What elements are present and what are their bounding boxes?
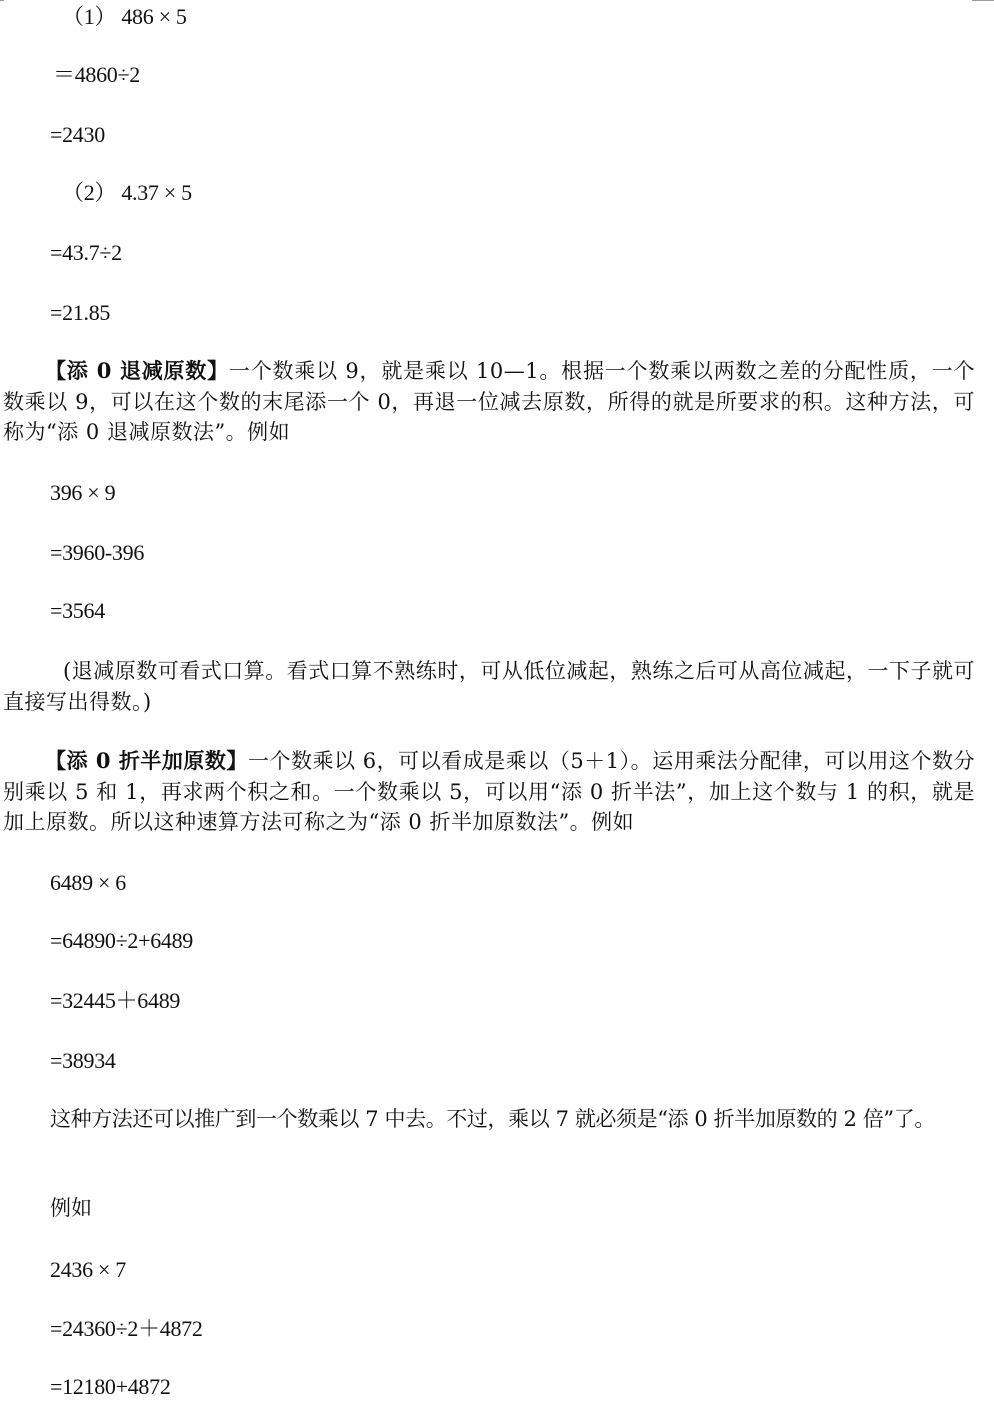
example-396-step1: =3960-396 (50, 538, 144, 568)
extension-paragraph: 这种方法还可以推广到一个数乘以 7 中去。不过，乘以 7 就必须是“添 0 折半… (3, 1104, 975, 1135)
example-label: 例如 (50, 1193, 92, 1223)
crop-mark-top-left (0, 0, 4, 1)
add-zero-halve-add-paragraph: 【添 0 折半加原数】一个数乘以 6，可以看成是乘以（5＋1）。运用乘法分配律，… (3, 746, 975, 838)
example-1-formula: 486 × 5 (121, 4, 186, 29)
example-6489-expression: 6489 × 6 (50, 868, 126, 898)
example-6489-step2: =32445＋6489 (50, 986, 180, 1016)
example-1-result: =2430 (50, 120, 105, 150)
example-2436-step2: =12180+4872 (50, 1372, 171, 1402)
crop-mark-top-right (972, 0, 994, 1)
example-396-expression: 396 × 9 (50, 478, 115, 508)
example-2436-step1: =24360÷2＋4872 (50, 1314, 203, 1344)
example-1-step1: ＝4860÷2 (53, 60, 140, 90)
example-2-expression: （2） 4.37 × 5 (62, 178, 192, 208)
add-zero-subtract-term: 【添 0 退减原数】 (45, 358, 229, 383)
example-2-formula: 4.37 × 5 (121, 180, 192, 205)
example-6489-result: =38934 (50, 1046, 116, 1076)
example-6489-step1: =64890÷2+6489 (50, 926, 193, 956)
example-2-label: （2） (62, 180, 116, 205)
add-zero-subtract-paragraph: 【添 0 退减原数】一个数乘以 9，就是乘以 10—1。根据一个数乘以两数之差的… (3, 356, 975, 448)
example-2-step1: =43.7÷2 (50, 238, 122, 268)
add-zero-halve-add-term: 【添 0 折半加原数】 (45, 748, 248, 773)
example-396-result: =3564 (50, 596, 105, 626)
example-1-label: （1） (62, 4, 116, 29)
example-2-result: =21.85 (50, 298, 110, 328)
example-1-expression: （1） 486 × 5 (62, 2, 187, 32)
example-2436-expression: 2436 × 7 (50, 1255, 126, 1285)
subtract-note-paragraph: (退减原数可看式口算。看式口算不熟练时，可从低位减起，熟练之后可从高位减起，一下… (3, 656, 975, 717)
